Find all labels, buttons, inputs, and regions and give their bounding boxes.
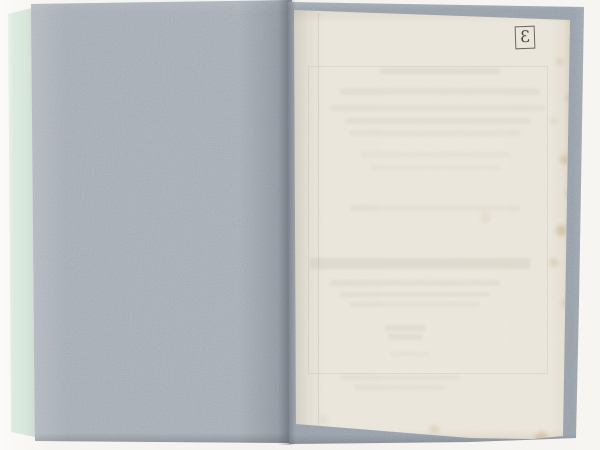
left-page — [27, 0, 292, 443]
right-page-gutter-shading — [293, 8, 572, 441]
stamp-digit: 3 — [520, 28, 531, 44]
scanned-book-spread: 3 — [0, 0, 600, 450]
page-number-stamp: 3 — [515, 26, 536, 50]
left-page-shading — [27, 0, 292, 443]
right-page: 3 — [293, 8, 572, 441]
book-gutter-shadow — [278, 0, 296, 445]
